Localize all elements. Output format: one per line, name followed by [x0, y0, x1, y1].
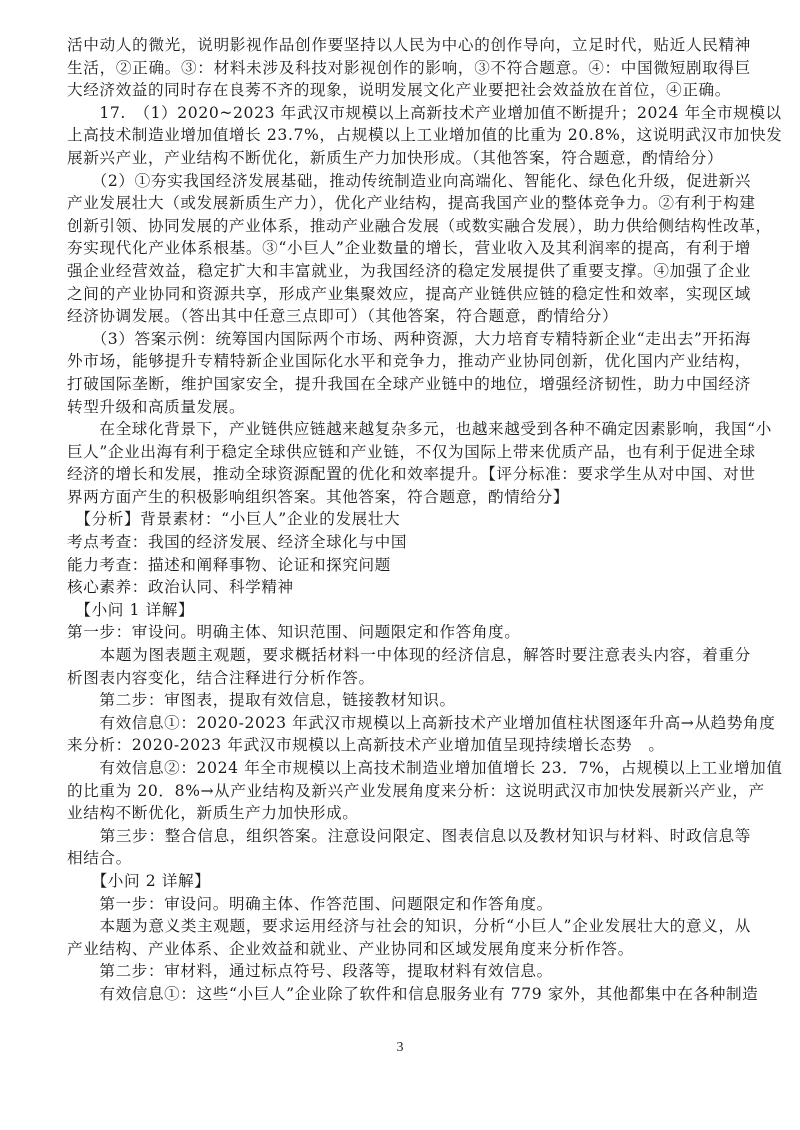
text-line: 在全球化背景下，产业链供应链越来越复杂多元，也越来越受到各种不确定因素影响，我国… [67, 418, 751, 441]
text-line: 来分析：2020-2023 年武汉市规模以上高新技术产业增加值呈现持续增长态势 … [67, 734, 751, 757]
sub-question-1-heading: 【小问 1 详解】 [67, 599, 751, 622]
text-line: 巨人”企业出海有利于稳定全球供应链和产业链，不仅为国际上带来优质产品，也有利于促… [67, 441, 751, 464]
text-line: 之间的产业协同和资源共享，形成产业集聚效应，提高产业链供应链的稳定性和效率，实现… [67, 283, 751, 306]
text-line: 第二步：审图表，提取有效信息，链接教材知识。 [67, 689, 751, 712]
text-line: 创新引领、协同发展的产业体系，推动产业融合发展（或数实融合发展），助力供给侧结构… [67, 215, 751, 238]
text-line: 核心素养：政治认同、科学精神 [67, 576, 751, 599]
text-line: 能力考查：描述和阐释事物、论证和探究问题 [67, 554, 751, 577]
sub-question-2-heading: 【小问 2 详解】 [67, 870, 751, 893]
answer-17-part3-line: （3）答案示例：统筹国内国际两个市场、两种资源，大力培育专精特新企业“走出去”开… [67, 328, 751, 351]
document-page: 活中动人的微光，说明影视作品创作要坚持以人民为中心的创作导向，立足时代，贴近人民… [67, 34, 751, 1006]
text-line: 生活，②正确。③：材料未涉及科技对影视创作的影响，③不符合题意。④：中国微短剧取… [67, 57, 751, 80]
text-line: 第一步：审设问。明确主体、作答范围、问题限定和作答角度。 [67, 893, 751, 916]
text-line: 上高技术制造业增加值增长 23.7%，占规模以上工业增加值的比重为 20.8%，… [67, 124, 751, 147]
text-line: 经济的增长和发展，推动全球资源配置的优化和效率提升。【评分标准：要求学生从对中国… [67, 463, 751, 486]
text-line: 产业发展壮大（或发展新质生产力），优化产业结构，提高我国产业的整体竞争力。②有利… [67, 192, 751, 215]
text-line: 夯实现代化产业体系根基。③“小巨人”企业数量的增长，营业收入及其利润率的提高，有… [67, 237, 751, 260]
text-line: 业结构不断优化，新质生产力加快形成。 [67, 802, 751, 825]
answer-17-part1-line: 17. （1）2020~2023 年武汉市规模以上高新技术产业增加值不断提升；2… [67, 102, 751, 125]
page-number: 3 [0, 1040, 800, 1056]
text-line: 大经济效益的同时存在良莠不齐的现象，说明发展文化产业要把社会效益放在首位，④正确… [67, 79, 751, 102]
text-line: 本题为意义类主观题，要求运用经济与社会的知识，分析“小巨人”企业发展壮大的意义，… [67, 915, 751, 938]
analysis-heading: 【分析】背景素材：“小巨人”企业的发展壮大 [67, 508, 751, 531]
text-line: 第二步：审材料，通过标点符号、段落等，提取材料有效信息。 [67, 960, 751, 983]
text-line: 析图表内容变化，结合注释进行分析作答。 [67, 667, 751, 690]
text-line: 相结合。 [67, 847, 751, 870]
text-line: 经济协调发展。（答出其中任意三点即可）（其他答案，符合题意，酌情给分） [67, 305, 751, 328]
text-line: 的比重为 20．8%→从产业结构及新兴产业发展角度来分析：这说明武汉市加快发展新… [67, 780, 751, 803]
text-line: 外市场，能够提升专精特新企业国际化水平和竞争力，推动产业协同创新，优化国内产业结… [67, 350, 751, 373]
text-line: 有效信息②：2024 年全市规模以上高技术制造业增加值增长 23．7%，占规模以… [67, 757, 751, 780]
text-line: 本题为图表题主观题，要求概括材料一中体现的经济信息，解答时要注意表头内容，着重分 [67, 644, 751, 667]
text-line: 有效信息①：这些“小巨人”企业除了软件和信息服务业有 779 家外，其他都集中在… [67, 983, 751, 1006]
text-line: 界两方面产生的积极影响组织答案。其他答案，符合题意，酌情给分】 [67, 486, 751, 509]
text-line: 强企业经营效益，稳定扩大和丰富就业，为我国经济的稳定发展提供了重要支撑。④加强了… [67, 260, 751, 283]
answer-17-part2-line: （2）①夯实我国经济发展基础，推动传统制造业向高端化、智能化、绿色化升级，促进新… [67, 170, 751, 193]
text-line: 有效信息①：2020-2023 年武汉市规模以上高新技术产业增加值柱状图逐年升高… [67, 712, 751, 735]
text-line: 展新兴产业，产业结构不断优化，新质生产力加快形成。（其他答案，符合题意，酌情给分… [67, 147, 751, 170]
text-line: 产业结构、产业体系、企业效益和就业、产业协同和区域发展角度来分析作答。 [67, 938, 751, 961]
text-line: 活中动人的微光，说明影视作品创作要坚持以人民为中心的创作导向，立足时代，贴近人民… [67, 34, 751, 57]
text-line: 转型升级和高质量发展。 [67, 396, 751, 419]
text-line: 考点考查：我国的经济发展、经济全球化与中国 [67, 531, 751, 554]
text-line: 第一步：审设问。明确主体、知识范围、问题限定和作答角度。 [67, 621, 751, 644]
text-line: 打破国际垄断，维护国家安全，提升我国在全球产业链中的地位，增强经济韧性，助力中国… [67, 373, 751, 396]
text-line: 第三步：整合信息，组织答案。注意设问限定、图表信息以及教材知识与材料、时政信息等 [67, 825, 751, 848]
